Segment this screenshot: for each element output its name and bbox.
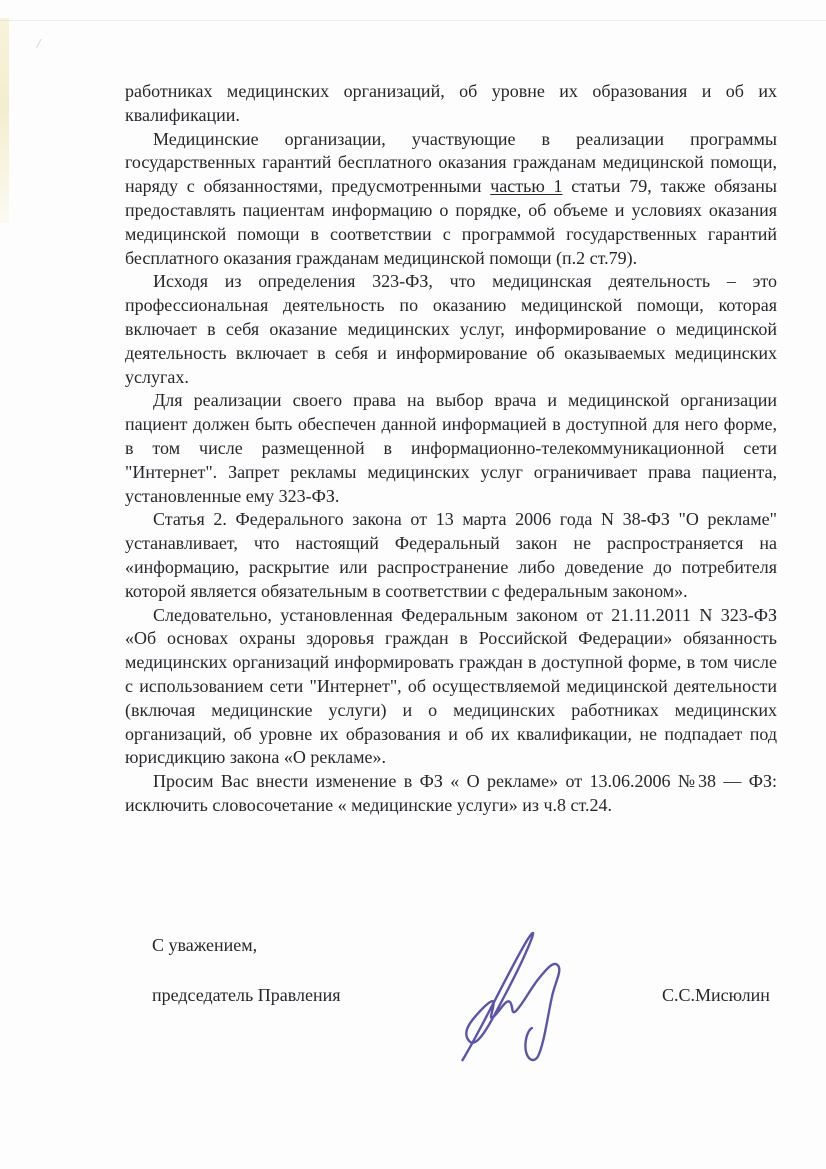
- signature-ink: [449, 929, 563, 1065]
- text-segment: Исходя из определения 323-ФЗ, что медици…: [125, 271, 777, 386]
- signer-title: председатель Правления: [152, 984, 341, 1008]
- paragraph: Медицинские организации, участвующие в р…: [125, 128, 777, 271]
- scan-edge-artifact: [0, 18, 9, 223]
- text-segment: Просим Вас внести изменение в ФЗ « О рек…: [125, 771, 777, 815]
- paragraph: работниках медицинских организаций, об у…: [125, 80, 777, 128]
- scan-top-edge-artifact: [0, 20, 826, 21]
- paragraph: Исходя из определения 323-ФЗ, что медици…: [125, 270, 777, 389]
- text-segment: Статья 2. Федерального закона от 13 март…: [125, 509, 777, 600]
- signature-ink-path: [462, 933, 559, 1060]
- document-body: работниках медицинских организаций, об у…: [125, 80, 777, 818]
- paragraph: Статья 2. Федерального закона от 13 март…: [125, 508, 777, 603]
- document-page: работниках медицинских организаций, об у…: [0, 0, 826, 1169]
- signer-name: С.С.Мисюлин: [662, 984, 770, 1008]
- text-segment: работниках медицинских организаций, об у…: [125, 81, 777, 125]
- text-segment: Следовательно, установленная Федеральным…: [125, 605, 777, 768]
- paragraph: Для реализации своего права на выбор вра…: [125, 389, 777, 508]
- scan-speck-artifact: [36, 39, 48, 52]
- salutation: С уважением,: [152, 934, 257, 958]
- text-segment: Для реализации своего права на выбор вра…: [125, 390, 777, 505]
- paragraph: Просим Вас внести изменение в ФЗ « О рек…: [125, 770, 777, 818]
- underlined-text: частью 1: [490, 176, 562, 196]
- paragraph: Следовательно, установленная Федеральным…: [125, 604, 777, 771]
